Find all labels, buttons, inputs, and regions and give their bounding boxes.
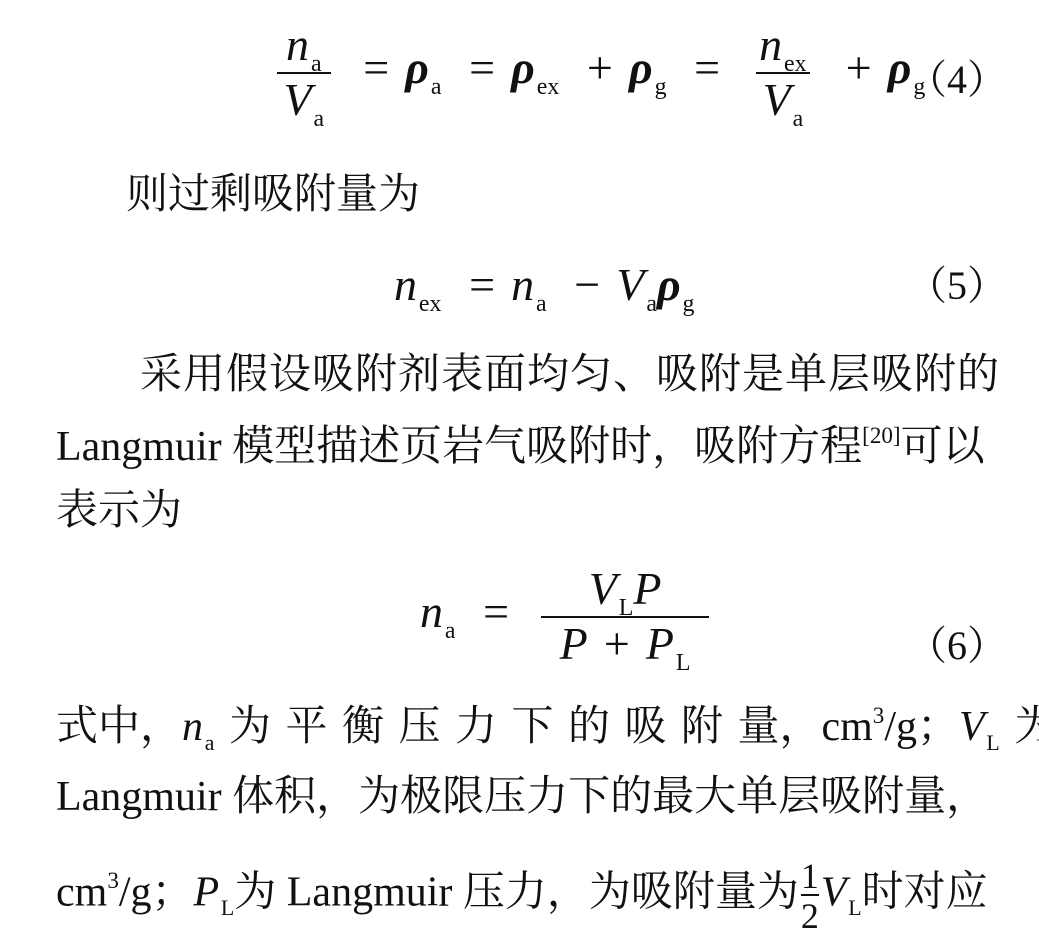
fraction-na-over-va: na Va: [277, 22, 331, 123]
paragraph-definitions-line-2: Langmuir 体积，为极限压力下的最大单层吸附量，: [56, 776, 988, 818]
paragraph-definitions-line-3: cm3/g；PL为 Langmuir 压力，为吸附量为12VL时对应: [56, 858, 988, 930]
fraction-one-half: 12: [801, 858, 819, 930]
paragraph-langmuir-line-3: 表示为: [56, 490, 182, 532]
fraction-nex-over-va: nex Va: [752, 22, 813, 123]
paragraph-langmuir-line-2: Langmuir 模型描述页岩气吸附时，吸附方程[20]可以: [56, 426, 985, 468]
paragraph-excess-adsorption-intro: 则过剩吸附量为: [126, 174, 420, 216]
citation-ref[interactable]: [20]: [862, 422, 900, 448]
fraction-langmuir: VLP P+PL: [541, 566, 709, 667]
equation-number-6: （6）: [907, 626, 1007, 666]
paragraph-definitions-line-1: 式中，na 为 平 衡 压 力 下 的 吸 附 量，cm3/g；VL 为: [56, 706, 1039, 748]
equation-6: na = VLP P+PL: [420, 566, 714, 667]
paragraph-langmuir-line-1: 采用假设吸附剂表面均匀、吸附是单层吸附的: [140, 354, 1000, 396]
equation-5: nex =na −Vaρg: [394, 262, 695, 308]
document-page: na Va =ρa =ρex +ρg = nex Va +ρg （4） 则过剩吸…: [0, 0, 1039, 930]
equation-number-5: （5）: [907, 266, 1007, 306]
equation-number-4: （4）: [907, 60, 1007, 100]
equation-4: na Va =ρa =ρex +ρg = nex Va +ρg: [272, 22, 925, 123]
